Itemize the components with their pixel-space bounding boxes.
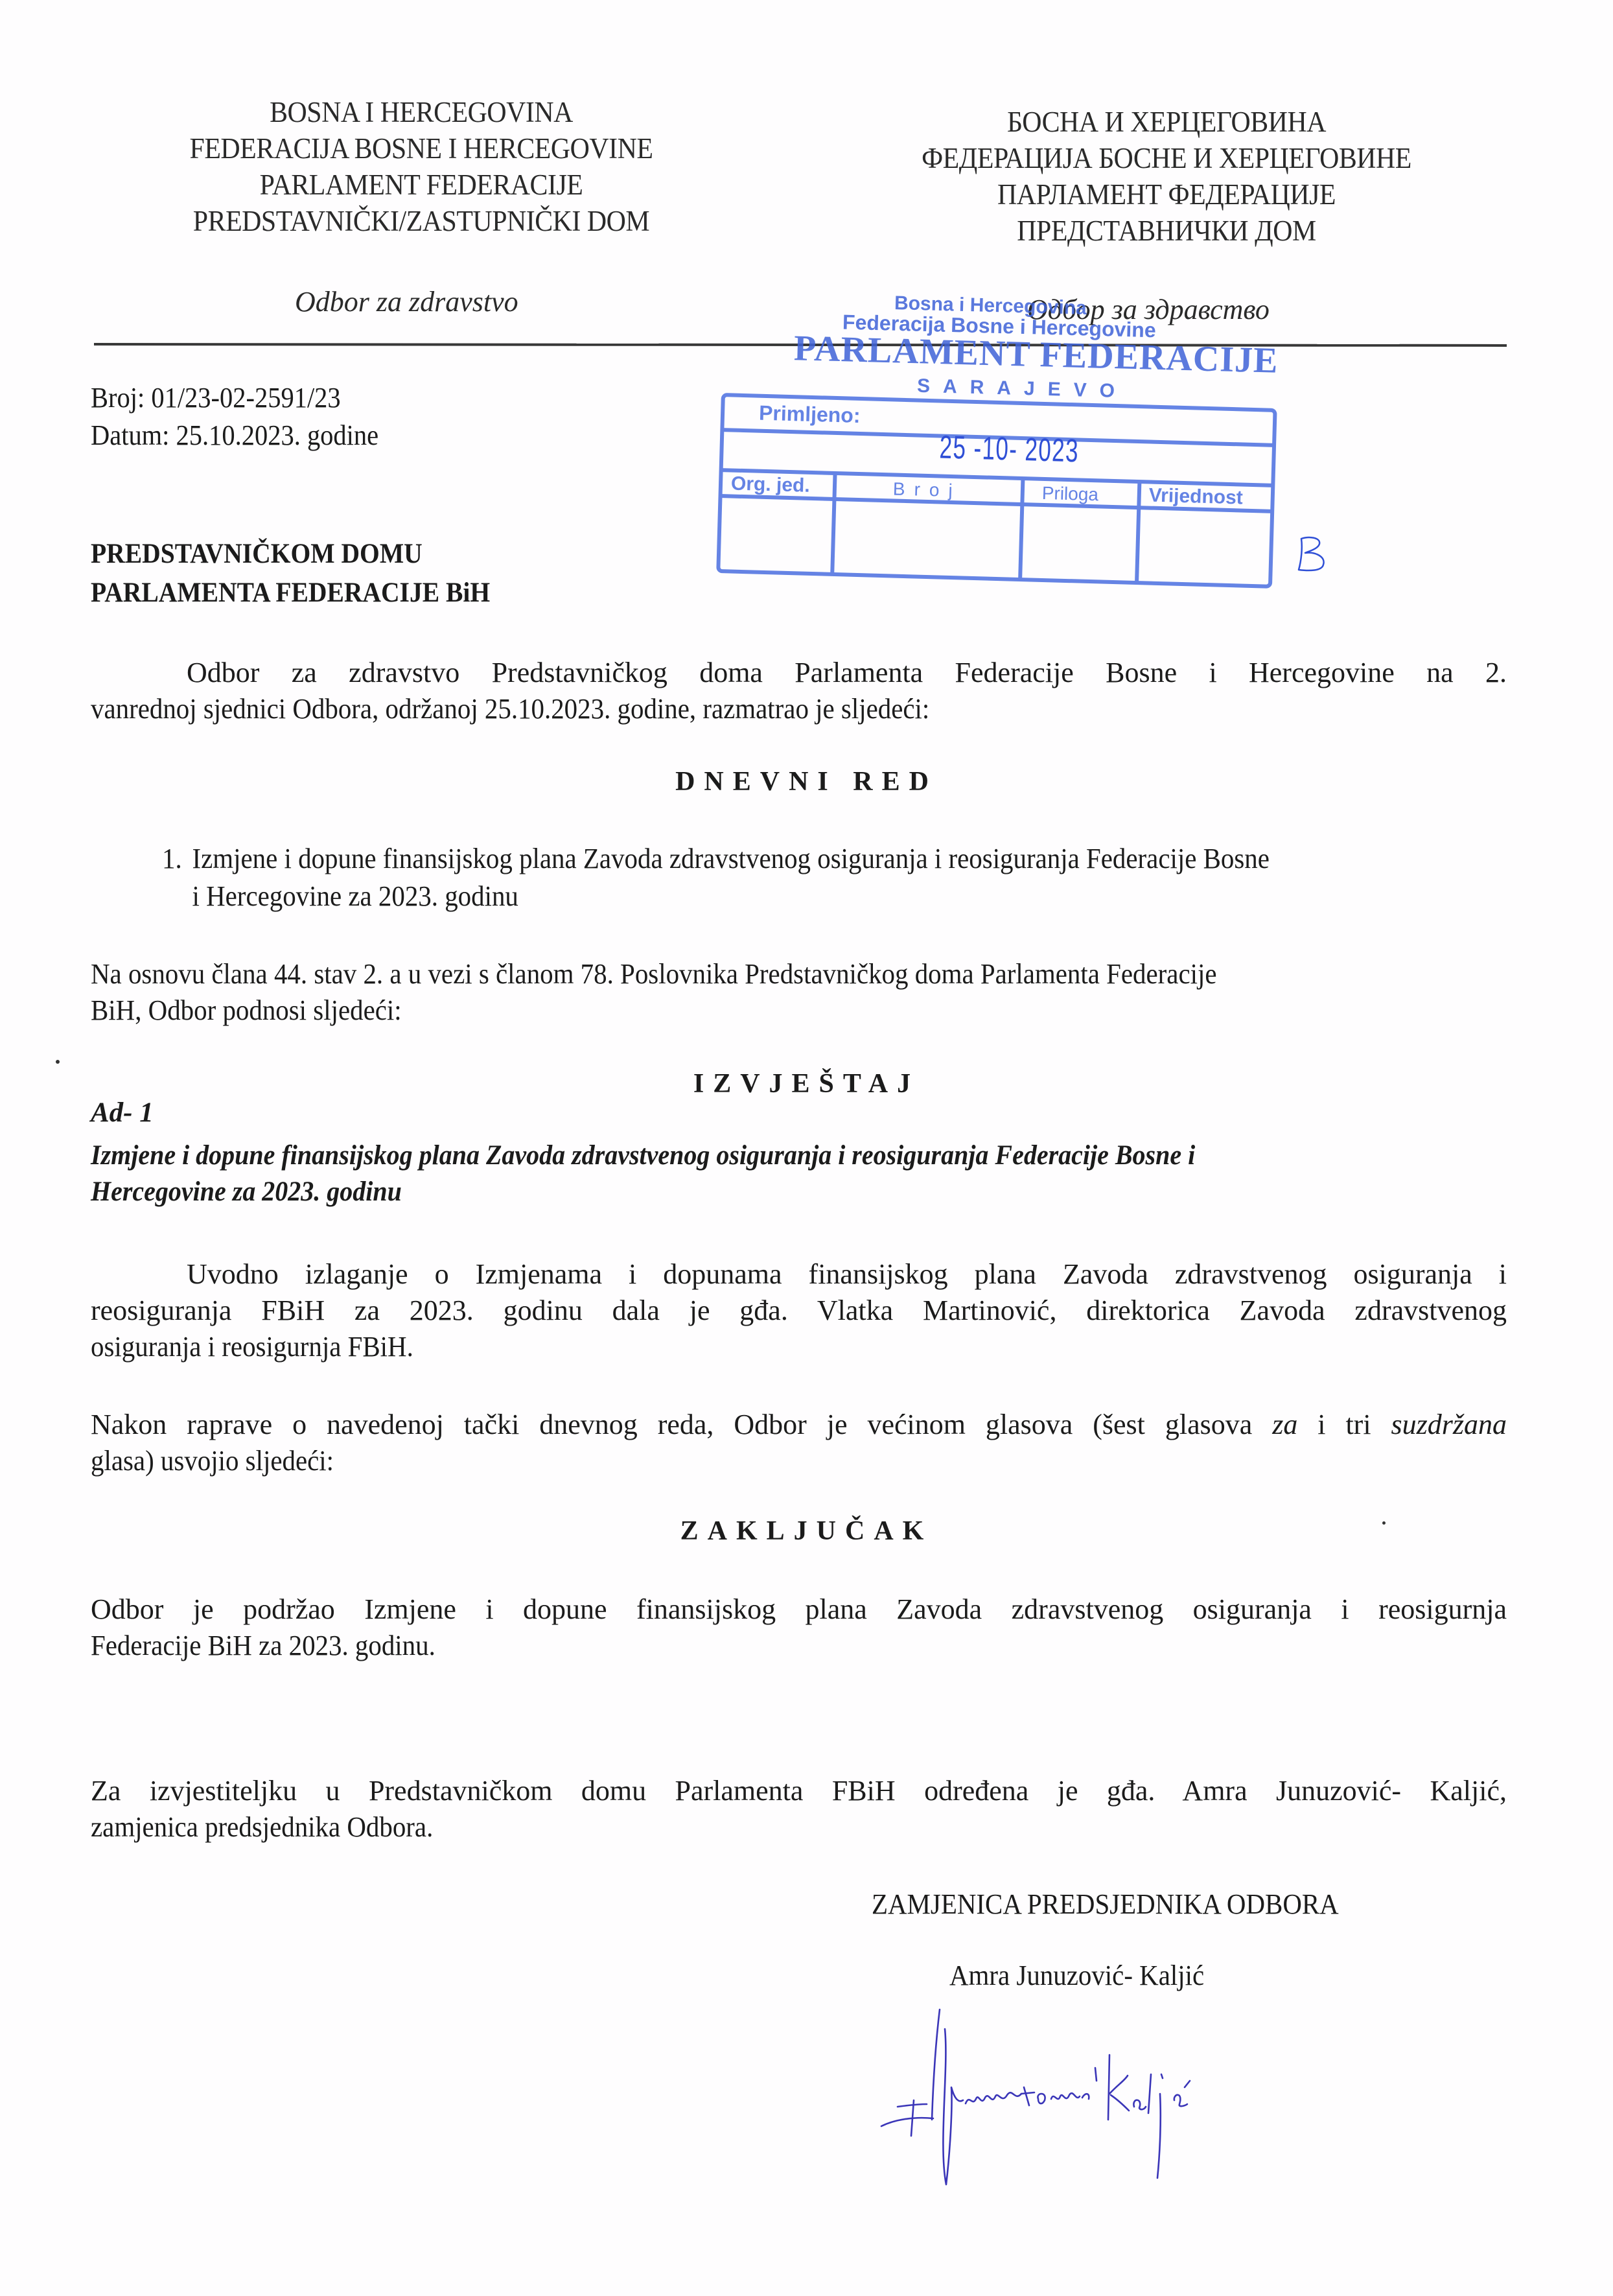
letterhead-cyrillic: БОСНА И ХЕРЦЕГОВИНА ФЕДЕРАЦИЈА БОСНЕ И Х…: [859, 104, 1474, 249]
signatory-title: ZAMJENICA PREDSJEDNIKA ODBORA: [872, 1888, 1339, 1921]
ad-item-title-line-2: Hercegovine za 2023. godinu: [91, 1174, 1195, 1210]
legal-basis-line-2: BiH, Odbor podnosi sljedeći:: [91, 992, 1408, 1029]
agenda-item-text-2: i Hercegovine za 2023. godinu: [162, 878, 1270, 915]
conclusion-line-2: Federacije BiH za 2023. godinu.: [91, 1628, 1408, 1664]
agenda-heading: DNEVNI RED: [0, 766, 1613, 797]
intro-line-2: vanrednoj sjednici Odbora, održanoj 25.1…: [91, 691, 1408, 727]
vote-text: Nakon raprave o navedenoj tački dnevnog …: [91, 1409, 1272, 1440]
stamp-received-label: Primljeno:: [759, 401, 861, 428]
scan-speck: [56, 1060, 60, 1064]
letterhead-latin: BOSNA I HERCEGOVINA FEDERACIJA BOSNE I H…: [120, 94, 723, 239]
presentation-line-1: Uvodno izlaganje o Izmjenama i dopunama …: [91, 1256, 1507, 1293]
handwritten-b-mark: [1296, 535, 1329, 574]
reference-block: Broj: 01/23-02-2591/23 Datum: 25.10.2023…: [91, 379, 378, 454]
presentation-paragraph: Uvodno izlaganje o Izmjenama i dopunama …: [91, 1256, 1507, 1365]
reference-number: Broj: 01/23-02-2591/23: [91, 379, 378, 417]
stamp-col-value: Vrijednost: [1148, 485, 1243, 510]
scan-speck: [1382, 1521, 1386, 1525]
presentation-line-2: reosiguranja FBiH za 2023. godinu dala j…: [91, 1293, 1507, 1329]
vote-text-mid: i tri: [1297, 1409, 1391, 1440]
vote-line-2: glasa) usvojio sljedeći:: [91, 1443, 1408, 1479]
rapporteur-line-2: zamjenica predsjednika Odbora.: [91, 1809, 1408, 1845]
intro-paragraph: Odbor za zdravstvo Predstavničkog doma P…: [91, 655, 1507, 727]
recipient-line-1: PREDSTAVNIČKOM DOMU: [91, 535, 490, 574]
letterhead-house-cyrillic: ПРЕДСТАВНИЧКИ ДОМ: [859, 213, 1474, 249]
agenda-item-text-1: Izmjene i dopune finansijskog plana Zavo…: [192, 843, 1270, 874]
letterhead-parliament-cyrillic: ПАРЛАМЕНТ ФЕДЕРАЦИЈЕ: [859, 176, 1474, 213]
legal-basis-line-1: Na osnovu člana 44. stav 2. a u vezi s č…: [91, 956, 1408, 992]
ad-item-label: Ad- 1: [91, 1097, 154, 1129]
handwritten-signature: [868, 1990, 1270, 2197]
recipient-block: PREDSTAVNIČKOM DOMU PARLAMENTA FEDERACIJ…: [91, 535, 490, 613]
stamp-col-number: Broj: [892, 478, 962, 501]
vote-line-1: Nakon raprave o navedenoj tački dnevnog …: [91, 1407, 1507, 1443]
letterhead-federation-cyrillic: ФЕДЕРАЦИЈА БОСНЕ И ХЕРЦЕГОВИНЕ: [859, 140, 1474, 176]
stamp-col-attachments: Priloga: [1041, 483, 1098, 505]
vote-abstained-term: suzdržana: [1391, 1409, 1507, 1440]
agenda-item-1: 1.Izmjene i dopune finansijskog plana Za…: [162, 840, 1270, 915]
conclusion-paragraph: Odbor je podržao Izmjene i dopune finans…: [91, 1591, 1507, 1664]
letterhead-country-cyrillic: БОСНА И ХЕРЦЕГОВИНА: [859, 104, 1474, 140]
recipient-line-2: PARLAMENTA FEDERACIJE BiH: [91, 574, 490, 613]
reference-date: Datum: 25.10.2023. godine: [91, 417, 378, 454]
legal-basis-paragraph: Na osnovu člana 44. stav 2. a u vezi s č…: [91, 956, 1507, 1029]
report-heading: IZVJEŠTAJ: [0, 1068, 1613, 1099]
committee-name-latin: Odbor za zdravstvo: [295, 285, 518, 318]
stamp-received-date: 25 -10- 2023: [939, 428, 1080, 469]
stamp-line-parliament: PARLAMENT FEDERACIJE: [793, 327, 1279, 382]
letterhead-country: BOSNA I HERCEGOVINA: [120, 94, 723, 130]
conclusion-heading: ZAKLJUČAK: [0, 1516, 1613, 1547]
intro-line-1: Odbor za zdravstvo Predstavničkog doma P…: [91, 655, 1507, 691]
rapporteur-line-1: Za izvjestiteljku u Predstavničkom domu …: [91, 1773, 1507, 1809]
rapporteur-paragraph: Za izvjestiteljku u Predstavničkom domu …: [91, 1773, 1507, 1845]
ad-item-title-line-1: Izmjene i dopune finansijskog plana Zavo…: [91, 1138, 1195, 1174]
received-stamp: Primljeno: 25 -10- 2023 Org. jed. Broj P…: [715, 392, 1277, 589]
ad-item-title: Izmjene i dopune finansijskog plana Zavo…: [91, 1138, 1195, 1210]
signatory-name: Amra Junuzović- Kaljić: [949, 1959, 1204, 1992]
vote-for-term: za: [1272, 1409, 1297, 1440]
vote-paragraph: Nakon raprave o navedenoj tački dnevnog …: [91, 1407, 1507, 1479]
letterhead-parliament: PARLAMENT FEDERACIJE: [120, 167, 723, 203]
letterhead-federation: FEDERACIJA BOSNE I HERCEGOVINE: [120, 130, 723, 167]
presentation-line-3: osiguranja i reosigurnja FBiH.: [91, 1329, 1408, 1365]
letterhead-house: PREDSTAVNIČKI/ZASTUPNIČKI DOM: [120, 203, 723, 239]
stamp-col-org-unit: Org. jed.: [731, 473, 811, 497]
conclusion-line-1: Odbor je podržao Izmjene i dopune finans…: [91, 1591, 1507, 1628]
agenda-item-number: 1.: [162, 840, 192, 878]
